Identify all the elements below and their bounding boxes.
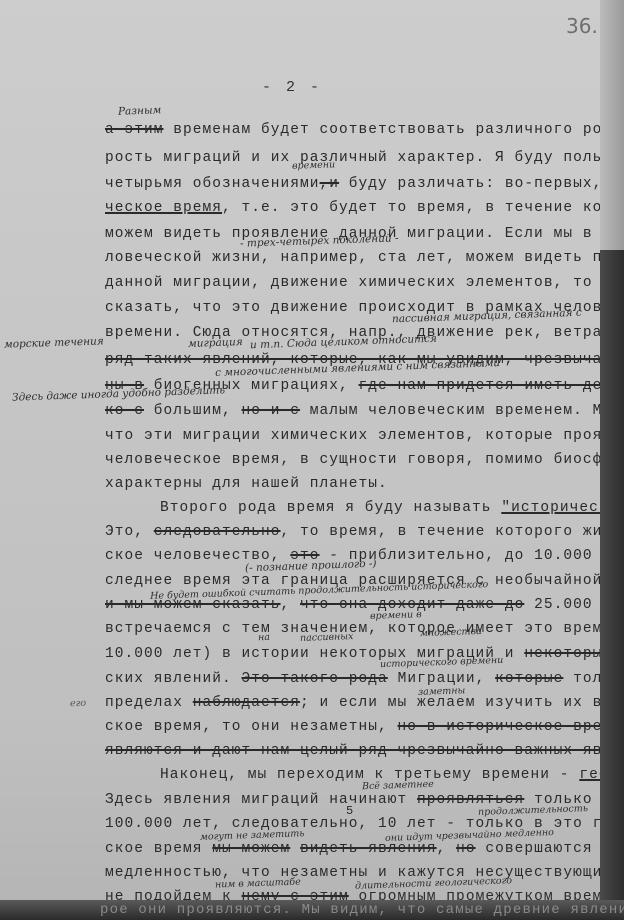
text-line: ское время мы можем видеть явления, но с… <box>105 841 600 857</box>
handwritten-note: пассивных <box>300 631 354 644</box>
text-line: ских явлений. Это такого рода Миграции, … <box>105 671 600 687</box>
text-line: Это, следовательно, то время, в течение … <box>105 524 600 540</box>
folio-number: 36. <box>566 14 598 38</box>
handwritten-note: на <box>258 632 270 643</box>
handwritten-note: Всё заметнее <box>362 779 434 792</box>
text-line: 10.000 лет) в истории некоторых миграций… <box>105 646 600 662</box>
text-line: Второго рода время я буду называть "исто… <box>160 500 600 516</box>
struck-text: а этим <box>105 122 164 138</box>
text-line: ко с большим, но и с малым человеческим … <box>105 403 600 419</box>
page-number: - 2 - <box>262 79 322 96</box>
text-line: данной миграции, движение химических эле… <box>105 275 600 291</box>
handwritten-note: времени <box>292 159 335 171</box>
document-page: 36. - 2 - Разным а этим временам будет с… <box>0 0 600 920</box>
text-line-cutoff: рое они проявляются. Мы видим, что самые… <box>100 902 624 918</box>
text-line: характерны для нашей планеты. <box>105 476 388 492</box>
text-line: человеческое время, в сущности говоря, п… <box>105 452 600 468</box>
text-line: являются и дают нам целый ряд чрезвычайн… <box>105 743 600 759</box>
text-line: ское время, то они незаметны, но в истор… <box>105 719 600 735</box>
margin-note: Здесь даже иногда удобно разделить <box>12 384 225 403</box>
text-line: а этим временам будет соответствовать ра… <box>105 122 600 138</box>
text-line: и мы можем сказать, что она доходит даже… <box>105 597 600 613</box>
margin-note: его <box>70 698 87 710</box>
text-line: ловеческой жизни, например, ста лет, мож… <box>105 250 600 266</box>
text-line: ческое время, т.е. это будет то время, в… <box>105 200 600 216</box>
text-line: рость миграций и их различный характер. … <box>105 150 600 166</box>
scanner-edge <box>600 250 624 920</box>
text-line: медленностью, что незаметны и кажутся не… <box>105 865 600 881</box>
text-line: четырьмя обозначениями,и буду различать:… <box>105 176 600 192</box>
handwritten-note: времени в <box>370 609 422 622</box>
scanner-edge-bottom: рое они проявляются. Мы видим, что самые… <box>0 900 624 920</box>
page-edge <box>600 0 624 250</box>
handwritten-note: множества <box>420 626 482 639</box>
text-line: пределах наблюдается; и если мы желаем и… <box>105 695 600 711</box>
handwritten-note: Разным <box>118 104 162 118</box>
handwritten-note: миграция <box>188 336 243 350</box>
margin-note: морские течения <box>4 335 104 350</box>
text-line: что эти миграции химических элементов, к… <box>105 428 600 444</box>
